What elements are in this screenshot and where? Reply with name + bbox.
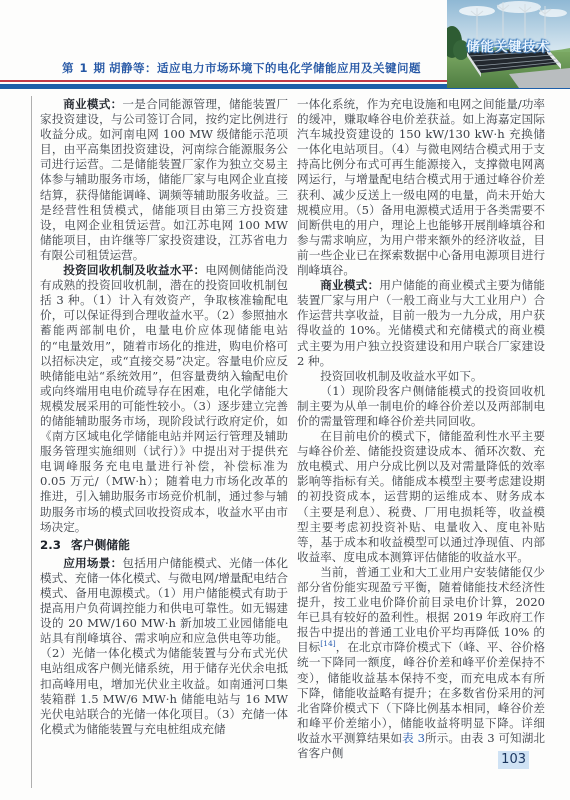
section-number: 2.3 xyxy=(40,538,61,552)
article-body: 商业模式：一是合同能源管理，储能装置厂家投资建设，与公司签订合同，按约定比例进行… xyxy=(40,97,545,761)
bold-lead-in: 商业模式： xyxy=(63,97,122,111)
right-column: 一体化系统，作为充电设施和电网之间能量/功率的缓冲，赚取峰谷电价差获益。如上海嘉… xyxy=(297,97,545,761)
journal-page: 第 1 期 胡静等：适应电力市场环境下的电化学储能应用及关键问题 xyxy=(0,0,570,800)
bold-lead-in: 商业模式： xyxy=(320,278,379,292)
section-title: 客户侧储能 xyxy=(71,538,130,552)
banner-caption: 储能关键技术 xyxy=(447,36,570,55)
paragraph-price-reduction-analysis: 当前，普通工业和大工业用户安装储能仅少部分省份能实现盈亏平衡，随着储能技术经济性… xyxy=(297,565,545,761)
bold-lead-in: 应用场景： xyxy=(63,556,122,570)
citation-ref[interactable]: [14] xyxy=(320,640,335,649)
bold-lead-in: 投资回收机制及收益水平： xyxy=(63,263,205,277)
page-number: 103 xyxy=(498,751,529,769)
table-ref-link[interactable]: 表 3 xyxy=(402,731,425,745)
section-heading: 2.3客户侧储能 xyxy=(40,538,288,553)
banner-image: 储能关键技术 xyxy=(447,0,570,88)
paragraph-investment-recovery-grid: 投资回收机制及收益水平：电网侧储能尚没有成熟的投资回收机制，潜在的投资回收机制包… xyxy=(40,263,288,535)
paragraph-application-scenarios: 应用场景：包括用户储能模式、光储一体化模式、充储一体化模式、与微电网/增量配电结… xyxy=(40,556,288,737)
paragraph-profit-model: 在目前电价的模式下，储能盈利性水平主要与峰谷价差、储能投资建设成本、循环次数、充… xyxy=(297,429,545,565)
paragraph-recovery-intro: 投资回收机制及收益水平如下。 xyxy=(297,369,545,384)
left-column: 商业模式：一是合同能源管理，储能装置厂家投资建设，与公司签订合同，按约定比例进行… xyxy=(40,97,288,761)
paragraph-recovery-mechanism: （1）现阶段客户侧储能模式的投资回收机制主要为从单一制电价的峰谷价差以及两部制电… xyxy=(297,384,545,429)
page-edge-line xyxy=(31,96,32,788)
paragraph-continuation: 一体化系统，作为充电设施和电网之间能量/功率的缓冲，赚取峰谷电价差获益。如上海嘉… xyxy=(297,97,545,278)
paragraph-business-model-customer: 商业模式：用户储能的商业模式主要为储能装置厂家与用户（一般工商业与大工业用户）合… xyxy=(297,278,545,369)
paragraph-business-model-grid: 商业模式：一是合同能源管理，储能装置厂家投资建设，与公司签订合同，按约定比例进行… xyxy=(40,97,288,263)
running-title: 胡静等：适应电力市场环境下的电化学储能应用及关键问题 xyxy=(80,60,450,76)
